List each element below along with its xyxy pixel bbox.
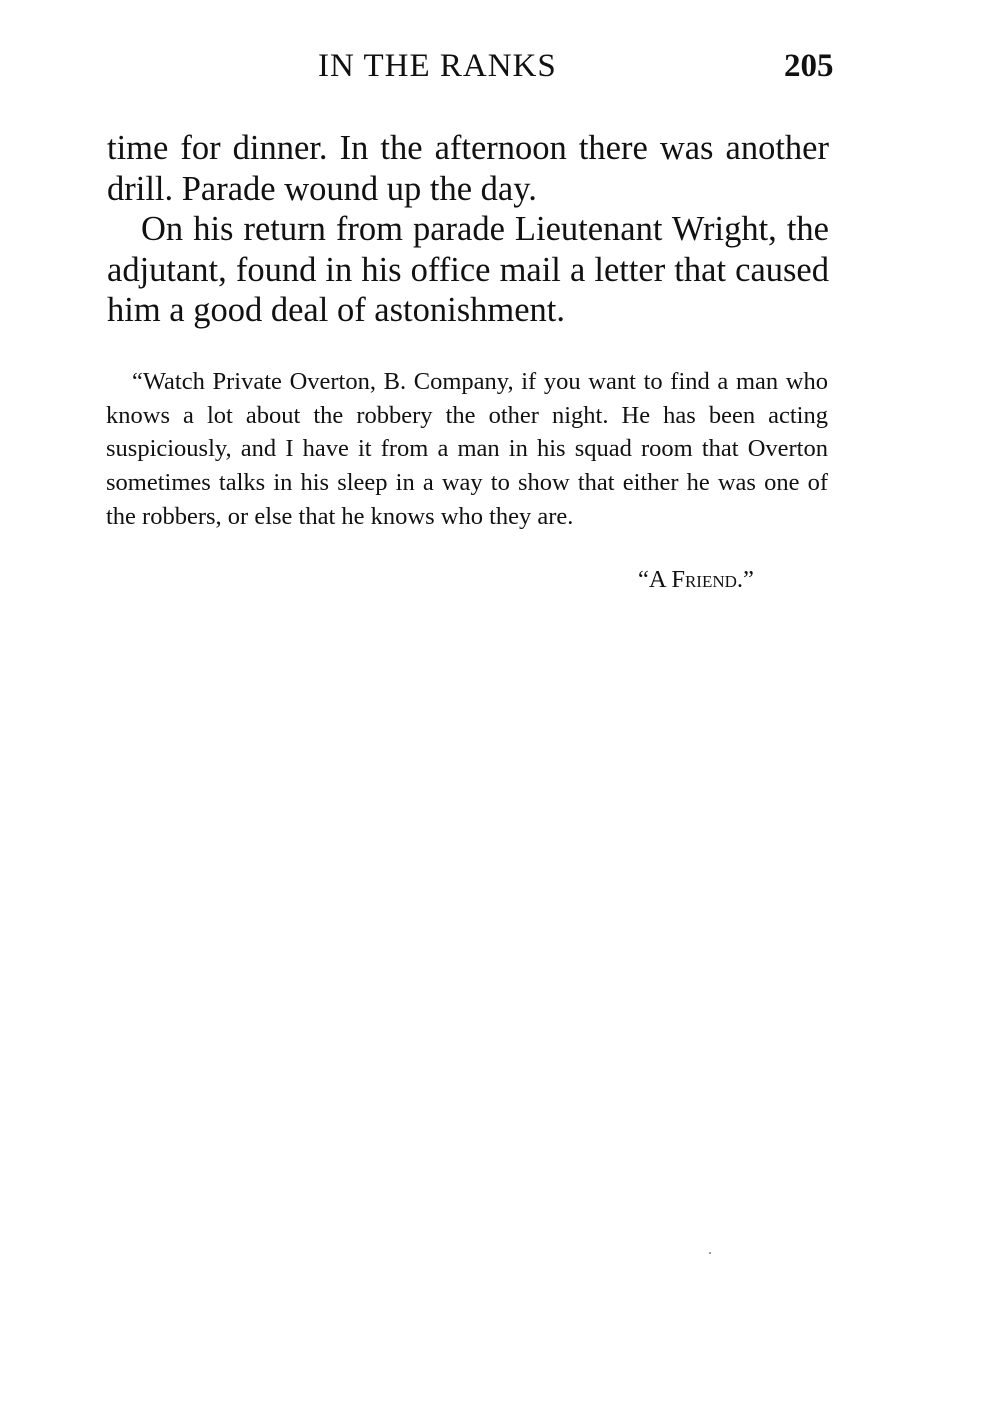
paragraph-continuation: time for dinner. In the afternoon there … (107, 128, 829, 209)
letter-text: “Watch Private Overton, B. Company, if y… (106, 365, 828, 534)
page-number: 205 (784, 48, 834, 85)
signature-name: Friend (671, 566, 737, 593)
paragraph-lieutenant-wright: On his return from parade Lieutenant Wri… (107, 209, 829, 331)
body-text: time for dinner. In the afternoon there … (107, 128, 829, 331)
scan-speck (709, 1252, 711, 1254)
signature-open: “A (638, 566, 671, 593)
letter-signature: “A Friend.” (638, 566, 754, 594)
quoted-letter: “Watch Private Overton, B. Company, if y… (106, 365, 828, 534)
signature-close: .” (737, 566, 754, 593)
running-head: IN THE RANKS (318, 48, 557, 85)
